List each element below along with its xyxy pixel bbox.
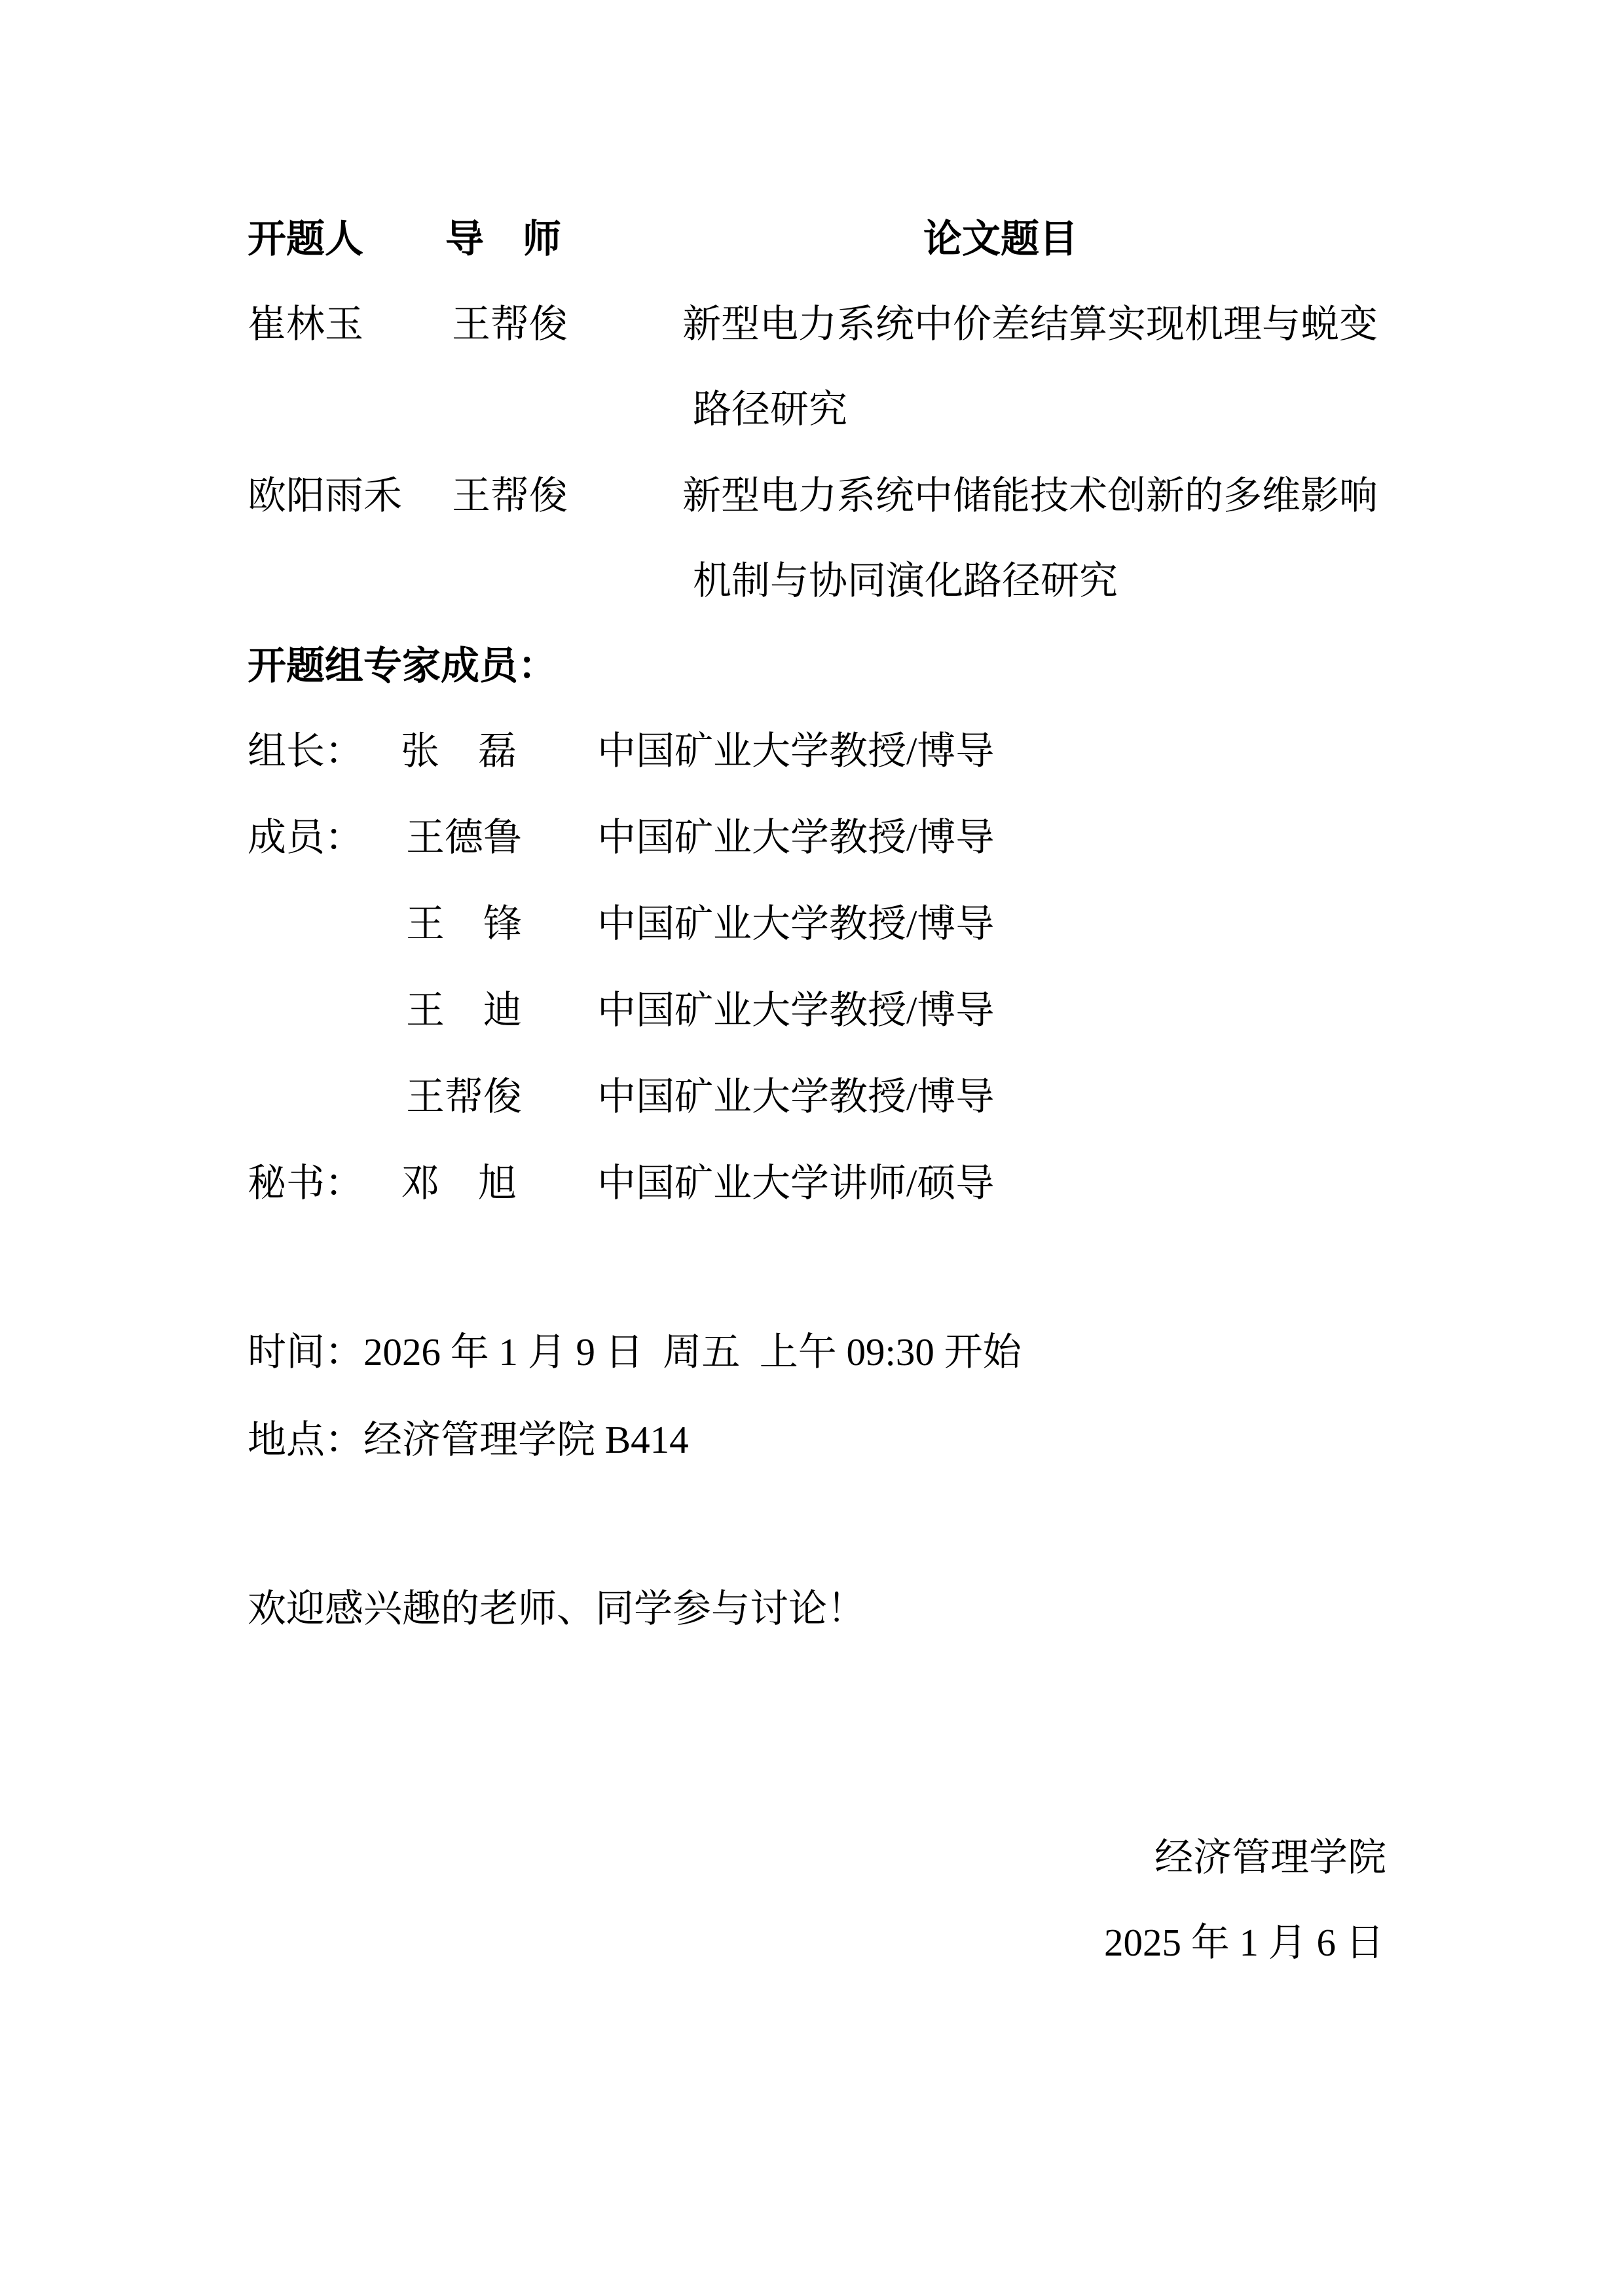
thesis-title-line-1: 新型电力系统中储能技术创新的多维影响 (682, 477, 1378, 515)
committee-section-heading: 开题组专家成员： (248, 647, 557, 685)
committee-role-label: 成员： (248, 818, 363, 857)
invitation-text: 欢迎感兴趣的老师、同学参与讨论！ (248, 1590, 866, 1628)
committee-member-affiliation: 中国矿业大学教授/博导 (597, 991, 994, 1030)
committee-member-affiliation: 中国矿业大学教授/博导 (597, 905, 994, 943)
committee-member-affiliation: 中国矿业大学教授/博导 (597, 1078, 994, 1116)
column-header-proposer: 开题人 (248, 220, 363, 259)
supervisor-name: 王帮俊 (452, 477, 568, 515)
committee-member-name: 王帮俊 (406, 1078, 522, 1116)
signature-date: 2025 年 1 月 6 日 (1104, 1923, 1384, 1962)
proposer-name: 崔林玉 (248, 305, 363, 344)
committee-member-name: 王 锋 (406, 905, 522, 943)
column-header-thesis-title: 论文题目 (923, 220, 1078, 259)
thesis-title-line-2: 路径研究 (693, 390, 847, 429)
document-page: 开题人 导 师 论文题目 崔林玉 王帮俊 新型电力系统中价差结算实现机理与蜕变 … (0, 0, 1624, 2296)
committee-member-name: 王德鲁 (406, 818, 522, 857)
committee-member-name: 邓 旭 (401, 1164, 517, 1203)
committee-member-name: 张 磊 (401, 732, 517, 771)
committee-role-label: 组长： (248, 732, 363, 771)
committee-role-label: 秘书： (248, 1164, 363, 1203)
supervisor-name: 王帮俊 (452, 305, 568, 344)
column-header-supervisor: 导 师 (445, 220, 561, 259)
thesis-title-line-2: 机制与协同演化路径研究 (693, 562, 1118, 600)
committee-member-affiliation: 中国矿业大学讲师/硕导 (597, 1164, 994, 1203)
committee-member-affiliation: 中国矿业大学教授/博导 (597, 732, 994, 771)
thesis-title-line-1: 新型电力系统中价差结算实现机理与蜕变 (682, 305, 1378, 344)
proposer-name: 欧阳雨禾 (248, 477, 402, 515)
committee-member-name: 王 迪 (406, 991, 522, 1030)
signature-organization: 经济管理学院 (1154, 1838, 1386, 1877)
committee-member-affiliation: 中国矿业大学教授/博导 (597, 818, 994, 857)
meeting-location: 地点：经济管理学院 B414 (248, 1421, 689, 1459)
meeting-time: 时间：2026 年 1 月 9 日 周五 上午 09:30 开始 (248, 1333, 1022, 1372)
